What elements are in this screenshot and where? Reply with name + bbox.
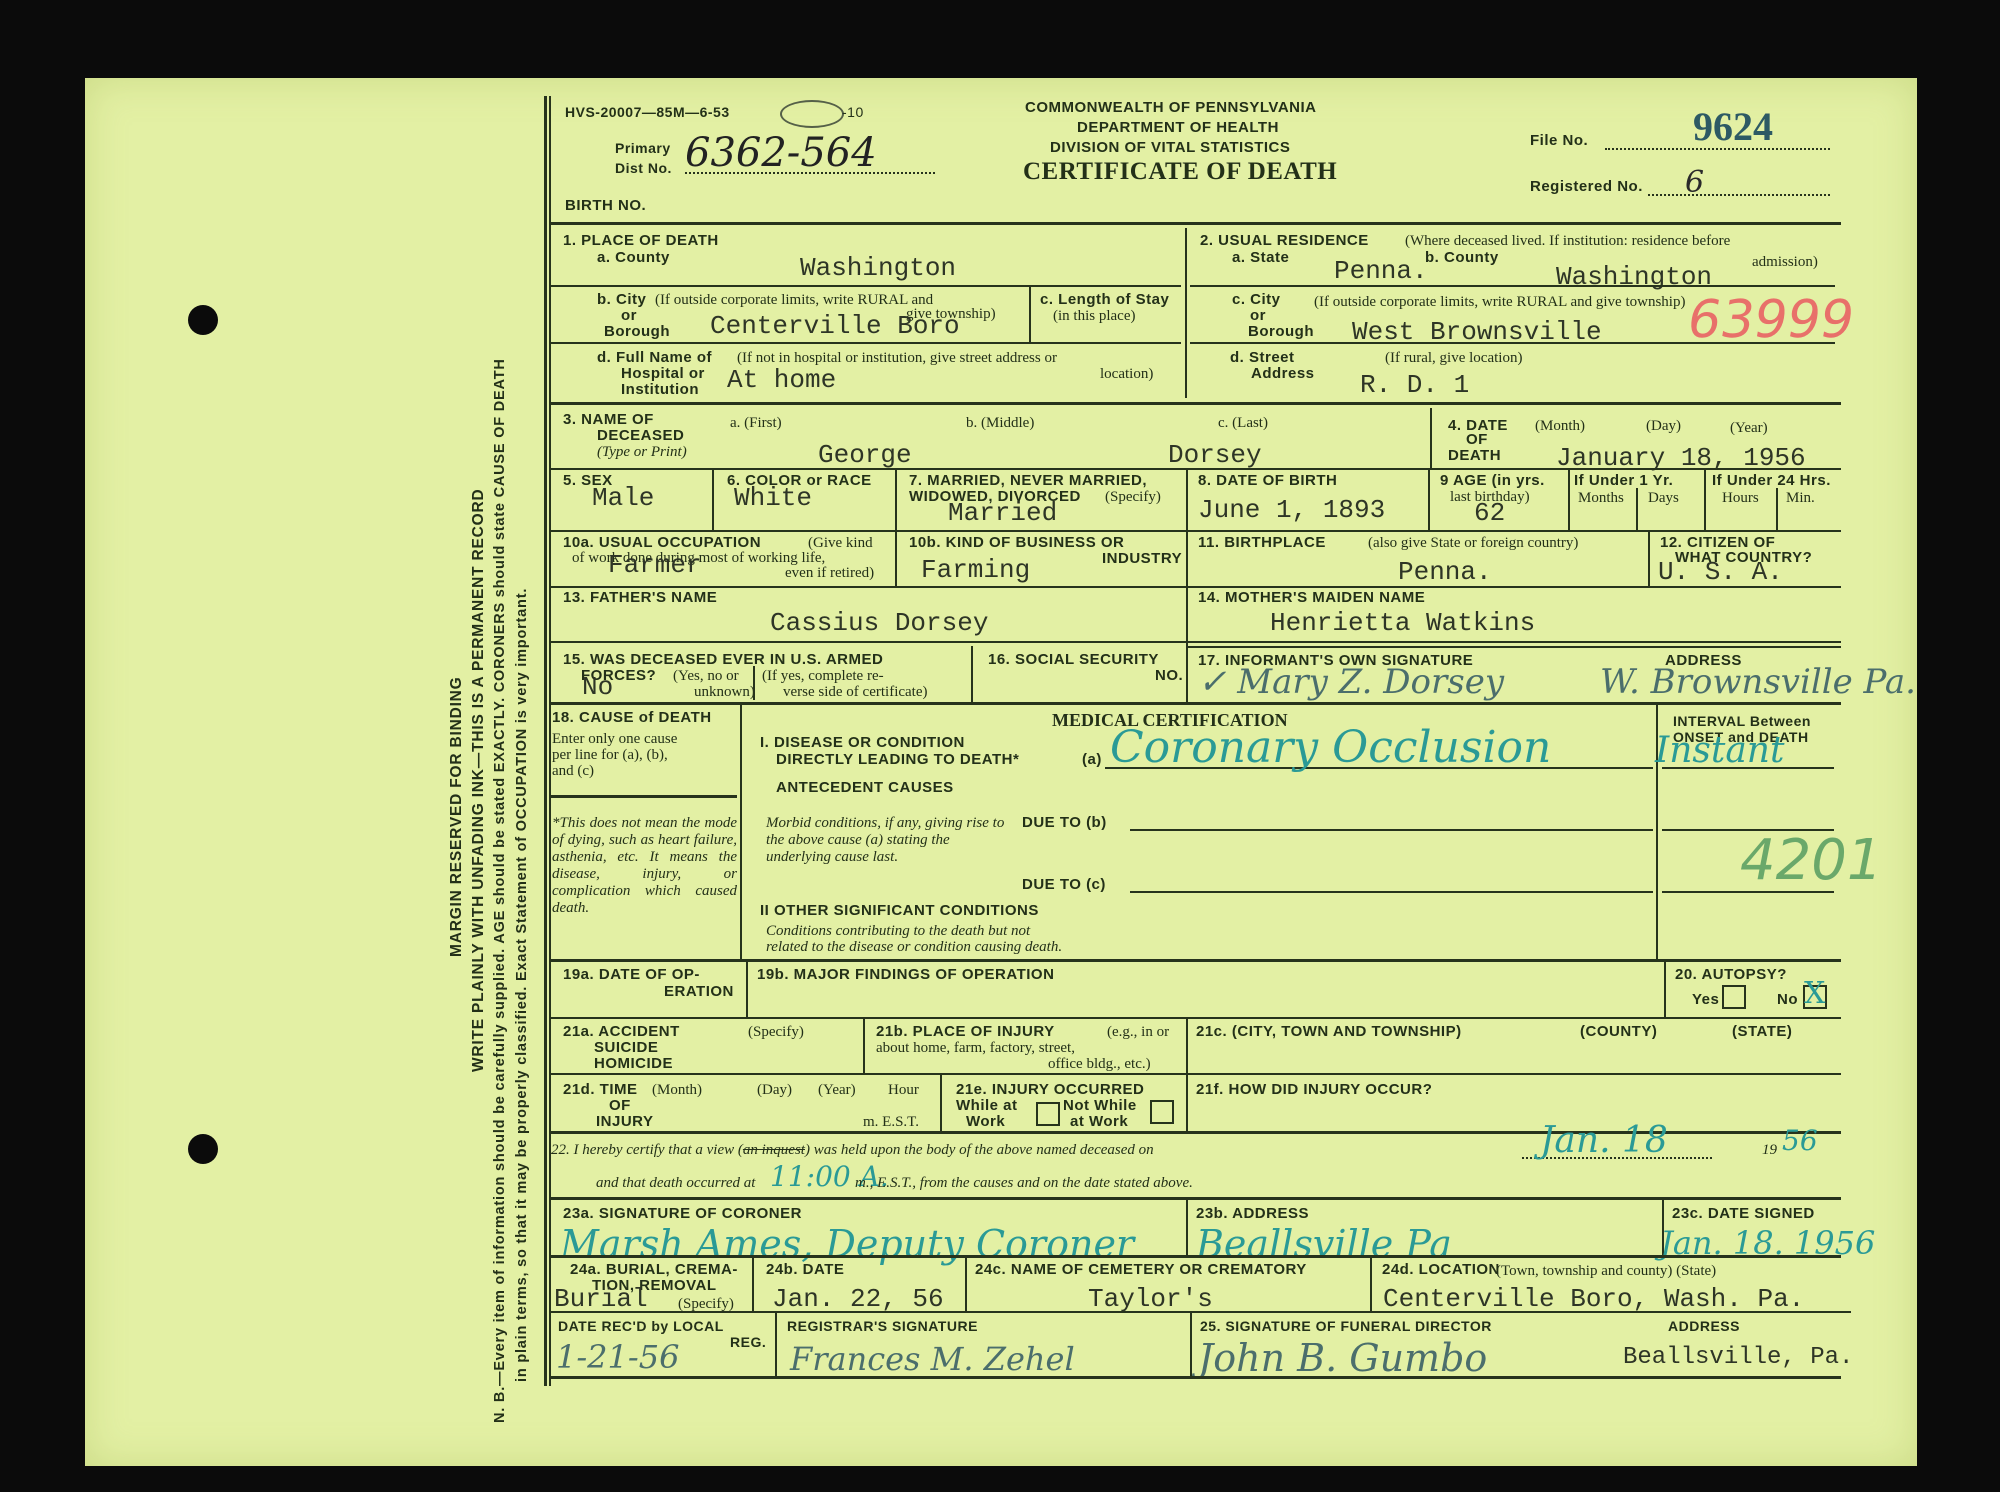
cause-c-line [1130, 891, 1653, 893]
date-recd-label-2: REG. [730, 1334, 766, 1350]
divider [1428, 468, 1430, 530]
death-time-text-a: and that death occurred at [596, 1175, 755, 1192]
cause-note-2: per line for (a), (b), [552, 747, 668, 763]
pod-hospital-note: (If not in hospital or institution, give… [737, 350, 1057, 366]
divider [1568, 468, 1570, 530]
divider [940, 1073, 942, 1131]
divider [1664, 959, 1666, 1017]
cause-of-death-label: 18. CAUSE of DEATH [552, 710, 712, 726]
section-divider [551, 402, 1841, 405]
autopsy-no-label: No [1777, 992, 1798, 1008]
pod-county-label: a. County [597, 250, 670, 266]
res-county-value[interactable]: Washington [1556, 262, 1712, 292]
certify-struck-text: an inquest [743, 1142, 805, 1158]
disease-label-2: DIRECTLY LEADING TO DEATH* [776, 752, 1019, 768]
mother-value[interactable]: Henrietta Watkins [1270, 608, 1535, 638]
ssn-label: 16. SOCIAL SECURITY [988, 652, 1159, 668]
autopsy-yes-label: Yes [1692, 992, 1719, 1008]
op-date-label-2: ERATION [664, 984, 734, 1000]
res-city-note: (If outside corporate limits, write RURA… [1314, 294, 1685, 310]
coroner-signature[interactable]: Marsh Ames, Deputy Coroner [560, 1222, 1134, 1266]
pod-hospital-note-2: location) [1100, 366, 1153, 382]
occupation-value[interactable]: Farmer [608, 550, 702, 580]
armed-value[interactable]: No [582, 672, 613, 702]
burial-date-label: 24b. DATE [766, 1262, 844, 1278]
father-label: 13. FATHER'S NAME [563, 590, 717, 606]
divider [863, 1017, 865, 1073]
ssn-label-2: NO. [1155, 668, 1183, 684]
coroner-address-value[interactable]: Beallsville Pa [1196, 1222, 1452, 1266]
burial-location-note: (Town, township and county) (State) [1496, 1263, 1716, 1279]
pod-hospital-label-3: Institution [621, 382, 699, 398]
pod-county-value[interactable]: Washington [800, 253, 956, 283]
death-time-text-b: m., E.S.T., from the causes and on the d… [855, 1175, 1193, 1192]
dod-label-3: DEATH [1448, 448, 1501, 464]
dod-year-label: (Year) [1730, 420, 1768, 436]
divider [740, 702, 742, 959]
min-label: Min. [1786, 490, 1815, 506]
injury-type-specify: (Specify) [748, 1024, 804, 1040]
business-label-2: INDUSTRY [1102, 551, 1182, 567]
dod-day-label: (Day) [1646, 418, 1681, 434]
divider [1186, 468, 1188, 588]
certificate-title: CERTIFICATE OF DEATH [1023, 158, 1337, 186]
middle-name-label: b. (Middle) [966, 415, 1034, 431]
divider [1370, 1255, 1372, 1311]
view-date-value[interactable]: Jan. 18 [1540, 1120, 1668, 1161]
other-conditions-note: Conditions contributing to the death but… [766, 923, 1030, 940]
place-of-injury-label: 21b. PLACE OF INJURY [876, 1024, 1055, 1040]
margin-plain-terms-text: in plain terms, so that it may be proper… [514, 588, 530, 1382]
divider [551, 1073, 1841, 1075]
place-of-injury-note-2: about home, farm, factory, street, [876, 1040, 1075, 1056]
name-label-1: 3. NAME OF [563, 412, 654, 428]
red-file-annotation: 63999 [1683, 290, 1859, 350]
divider [1186, 586, 1188, 646]
burial-location-value[interactable]: Centerville Boro, Wash. Pa. [1383, 1284, 1804, 1314]
disease-label: I. DISEASE OR CONDITION [760, 735, 965, 751]
coroner-signature-label: 23a. SIGNATURE OF CORONER [563, 1206, 802, 1222]
divider [775, 1311, 777, 1376]
age-value[interactable]: 62 [1474, 498, 1505, 528]
last-name-value[interactable]: Dorsey [1168, 440, 1262, 470]
registrar-signature[interactable]: Frances M. Zehel [790, 1340, 1075, 1378]
divider [1186, 1197, 1188, 1255]
homicide-label: HOMICIDE [594, 1056, 673, 1072]
pod-stay-note: (in this place) [1053, 308, 1135, 324]
op-date-label: 19a. DATE OF OP- [563, 967, 700, 983]
occupation-note-3: even if retired) [785, 565, 874, 581]
line-a-label: (a) [1082, 752, 1102, 768]
age-label-1: 9 AGE (in yrs. [1440, 473, 1545, 489]
res-street-value[interactable]: R. D. 1 [1360, 370, 1469, 400]
informant-address-value[interactable]: W. Brownsville Pa. [1600, 662, 1916, 702]
burial-location-label: 24d. LOCATION [1382, 1262, 1500, 1278]
date-recd-label: DATE REC'D by LOCAL [558, 1318, 724, 1334]
section-divider [551, 1197, 1841, 1200]
autopsy-no-mark: X [1804, 976, 1825, 1011]
under-24-hrs-label: If Under 24 Hrs. [1712, 473, 1831, 489]
divider [1186, 646, 1188, 702]
divider [551, 586, 1841, 588]
divider [1776, 488, 1778, 530]
injury-state-label: (STATE) [1732, 1024, 1792, 1040]
not-at-work-label: Not While [1063, 1098, 1137, 1114]
injury-hour-label: Hour [888, 1082, 919, 1098]
residence-note: (Where deceased lived. If institution: r… [1405, 233, 1730, 249]
time-of-injury-label-3: INJURY [596, 1114, 653, 1130]
op-findings-label: 19b. MAJOR FINDINGS OF OPERATION [757, 967, 1054, 983]
how-injury-label: 21f. HOW DID INJURY OCCUR? [1196, 1082, 1432, 1098]
divider [551, 641, 1841, 643]
res-city-label-borough: Borough [1248, 324, 1314, 340]
union-label-suffix: -10 [842, 104, 864, 120]
dob-value[interactable]: June 1, 1893 [1198, 495, 1385, 525]
divider [1029, 285, 1031, 342]
autopsy-label: 20. AUTOPSY? [1675, 967, 1787, 983]
funeral-director-signature[interactable]: John B. Gumbo [1198, 1336, 1487, 1380]
injury-month-label: (Month) [652, 1082, 702, 1098]
header-commonwealth: COMMONWEALTH OF PENNSYLVANIA [1025, 100, 1317, 116]
dod-label-2: OF [1466, 432, 1488, 448]
pod-stay-label: c. Length of Stay [1040, 292, 1169, 308]
divider [1190, 342, 1835, 344]
while-at-work-checkbox[interactable] [1036, 1102, 1060, 1126]
divider [965, 1255, 967, 1311]
funeral-director-address-label: ADDRESS [1668, 1318, 1740, 1334]
time-of-injury-label: 21d. TIME [563, 1082, 638, 1098]
accident-label: 21a. ACCIDENT [563, 1024, 680, 1040]
divider [712, 468, 714, 530]
burial-method-label: 24a. BURIAL, CREMA- [570, 1262, 738, 1278]
form-code: HVS-20007—85M—6-53 [565, 104, 730, 120]
autopsy-yes-checkbox[interactable] [1722, 985, 1746, 1009]
injury-county-label: (COUNTY) [1580, 1024, 1657, 1040]
cemetery-label: 24c. NAME OF CEMETERY OR CREMATORY [975, 1262, 1307, 1278]
business-label-1: 10b. KIND OF BUSINESS OR [909, 535, 1124, 551]
injury-city-label: 21c. (CITY, TOWN AND TOWNSHIP) [1196, 1024, 1462, 1040]
res-state-value[interactable]: Penna. [1334, 256, 1428, 286]
hours-label: Hours [1722, 490, 1759, 506]
place-of-injury-note-3: office bldg., etc.) [1048, 1056, 1151, 1072]
armed-note-4: verse side of certificate) [783, 684, 928, 700]
form-bottom-border [551, 1376, 1841, 1379]
res-street-note: (If rural, give location) [1385, 350, 1522, 366]
divider [551, 468, 1841, 470]
sex-value[interactable]: Male [592, 483, 654, 513]
registered-no-underline [1648, 194, 1830, 196]
birthplace-value[interactable]: Penna. [1398, 557, 1492, 587]
date-signed-label: 23c. DATE SIGNED [1672, 1206, 1815, 1222]
burial-date-value[interactable]: Jan. 22, 56 [772, 1284, 944, 1314]
armed-forces-label: 15. WAS DECEASED EVER IN U.S. ARMED [563, 652, 883, 668]
res-state-label: a. State [1232, 250, 1289, 266]
header-department: DEPARTMENT OF HEALTH [1077, 120, 1279, 136]
cause-footnote: *This does not mean the mode of dying, s… [552, 815, 737, 917]
injury-est-label: m. E.S.T. [863, 1114, 919, 1130]
cemetery-value[interactable]: Taylor's [1088, 1284, 1213, 1314]
informant-signature[interactable]: ✓ Mary Z. Dorsey [1198, 662, 1504, 702]
mother-label: 14. MOTHER'S MAIDEN NAME [1198, 590, 1425, 606]
primary-dist-label-2: Dist No. [615, 160, 672, 176]
divider [1190, 285, 1835, 287]
months-label: Months [1578, 490, 1624, 506]
pod-city-label-borough: Borough [604, 324, 670, 340]
divider [1186, 1073, 1188, 1131]
while-at-work-label: While at [956, 1098, 1018, 1114]
divider [551, 1311, 1851, 1313]
certify-text-b: ) was held upon the body of the above na… [805, 1142, 1154, 1158]
pod-hospital-label: d. Full Name of [597, 350, 712, 366]
injury-day-label: (Day) [757, 1082, 792, 1098]
funeral-director-label: 25. SIGNATURE OF FUNERAL DIRECTOR [1200, 1318, 1492, 1334]
divider [1190, 1311, 1192, 1376]
marital-specify: (Specify) [1105, 489, 1161, 505]
divider [551, 342, 1181, 344]
time-of-injury-label-2: OF [609, 1098, 631, 1114]
res-street-label-2: Address [1251, 366, 1315, 382]
margin-binding-text: MARGIN RESERVED FOR BINDING [448, 676, 466, 957]
union-label-icon [780, 100, 844, 128]
binder-hole-bottom [188, 1134, 218, 1164]
section-divider [551, 702, 1841, 705]
view-year-value[interactable]: 56 [1782, 1124, 1818, 1157]
cause-note-3: and (c) [552, 763, 594, 779]
name-label-3: (Type or Print) [597, 444, 687, 461]
header-division: DIVISION OF VITAL STATISTICS [1050, 140, 1290, 156]
form-left-border-inner [549, 96, 551, 1386]
registered-no-label: Registered No. [1530, 179, 1643, 195]
divider [551, 1017, 1841, 1019]
antecedent-note: Morbid conditions, if any, giving rise t… [766, 815, 1016, 866]
pod-hospital-value[interactable]: At home [727, 365, 836, 395]
place-of-injury-note: (e.g., in or [1107, 1024, 1169, 1040]
binder-hole-top [188, 305, 218, 335]
primary-dist-label-1: Primary [615, 140, 671, 156]
divider [551, 795, 737, 798]
armed-note: (Yes, no or [673, 668, 739, 684]
cause-a-value[interactable]: Coronary Occlusion [1110, 722, 1551, 773]
registered-no-value[interactable]: 6 [1685, 165, 1704, 200]
pod-city-value[interactable]: Centerville Boro [710, 311, 960, 341]
divider [752, 1255, 754, 1311]
header-divider [551, 222, 1841, 225]
margin-nb-text: N. B.—Every item of information should b… [492, 358, 508, 1423]
funeral-director-address-value[interactable]: Beallsville, Pa. [1623, 1344, 1853, 1371]
not-at-work-label-2: at Work [1070, 1114, 1128, 1130]
divider [746, 959, 748, 1017]
injury-occurred-label: 21e. INJURY OCCURRED [956, 1082, 1144, 1098]
race-value[interactable]: White [734, 483, 812, 513]
marital-label-1: 7. MARRIED, NEVER MARRIED, [909, 473, 1147, 489]
divider [1648, 530, 1650, 586]
certify-text-a: 22. I hereby certify that a view ( [551, 1142, 743, 1158]
birthplace-label: 11. BIRTHPLACE [1198, 535, 1326, 551]
under-1-yr-label: If Under 1 Yr. [1574, 473, 1673, 489]
not-at-work-checkbox[interactable] [1150, 1100, 1174, 1124]
res-city-label-or: or [1250, 308, 1266, 324]
section-divider [551, 1255, 1841, 1258]
birth-no-label: BIRTH NO. [565, 198, 646, 214]
burial-method-value[interactable]: Burial [554, 1284, 648, 1314]
cause-b-line [1130, 829, 1653, 831]
margin-write-plainly-text: WRITE PLAINLY WITH UNFADING INK—THIS IS … [470, 489, 488, 1072]
while-at-work-label-2: Work [966, 1114, 1005, 1130]
citizen-value[interactable]: U. S. A. [1658, 557, 1783, 587]
divider [1186, 1017, 1188, 1073]
column-divider-double [1185, 228, 1191, 398]
armed-note-3: (If yes, complete re- [762, 668, 884, 684]
last-name-label: c. (Last) [1218, 415, 1268, 431]
divider [1186, 530, 1841, 532]
occupation-label: 10a. USUAL OCCUPATION [563, 535, 761, 551]
residence-label: 2. USUAL RESIDENCE [1200, 233, 1369, 249]
file-no-stamp[interactable]: 9624 [1693, 103, 1773, 150]
form-left-border [544, 96, 547, 1386]
suicide-label: SUICIDE [594, 1040, 658, 1056]
marital-value[interactable]: Married [948, 498, 1057, 528]
father-value[interactable]: Cassius Dorsey [770, 608, 988, 638]
divider [1186, 646, 1841, 648]
pod-city-label-or: or [621, 308, 637, 324]
certify-statement: 22. I hereby certify that a view (an inq… [551, 1142, 1154, 1159]
birthplace-note: (also give State or foreign country) [1368, 535, 1578, 551]
days-label: Days [1648, 490, 1679, 506]
res-city-label: c. City [1232, 292, 1281, 308]
view-year-prefix: 19 [1762, 1142, 1777, 1159]
armed-note-2: unknown) [694, 684, 755, 700]
occupation-note: (Give kind [808, 535, 873, 551]
section-divider [551, 959, 1841, 962]
due-to-c-label: DUE TO (c) [1022, 877, 1106, 893]
interval-a-value[interactable]: Instant [1655, 730, 1784, 771]
first-name-label: a. (First) [730, 415, 782, 431]
place-of-death-label: 1. PLACE OF DEATH [563, 233, 719, 249]
divider [971, 646, 973, 702]
interval-label: INTERVAL Between [1673, 713, 1811, 729]
antecedent-label: ANTECEDENT CAUSES [776, 780, 954, 796]
burial-method-specify: (Specify) [678, 1296, 734, 1312]
divider [551, 285, 1181, 287]
name-label-2: DECEASED [597, 428, 684, 444]
cause-note-1: Enter only one cause [552, 731, 677, 747]
dob-label: 8. DATE OF BIRTH [1198, 473, 1337, 489]
pod-city-label: b. City [597, 292, 646, 308]
dod-month-label: (Month) [1535, 418, 1585, 434]
registrar-label: REGISTRAR'S SIGNATURE [787, 1318, 978, 1334]
primary-dist-value[interactable]: 6362-564 [685, 130, 877, 176]
file-no-label: File No. [1530, 133, 1588, 149]
date-recd-value[interactable]: 1-21-56 [556, 1338, 679, 1376]
pod-hospital-label-2: Hospital or [621, 366, 705, 382]
other-conditions-label: II OTHER SIGNIFICANT CONDITIONS [760, 903, 1039, 919]
divider [753, 666, 755, 700]
divider [551, 530, 1188, 532]
pod-city-note: (If outside corporate limits, write RURA… [655, 292, 933, 308]
due-to-b-label: DUE TO (b) [1022, 815, 1107, 831]
business-value[interactable]: Farming [921, 555, 1030, 585]
divider [1704, 468, 1706, 530]
res-county-label: b. County [1425, 250, 1499, 266]
injury-year-label: (Year) [818, 1082, 856, 1098]
green-code-annotation: 4201 [1740, 828, 1883, 893]
divider [1636, 488, 1638, 530]
first-name-value[interactable]: George [818, 440, 912, 470]
res-street-label: d. Street [1230, 350, 1295, 366]
residence-note-2: admission) [1752, 254, 1818, 270]
coroner-address-label: 23b. ADDRESS [1196, 1206, 1309, 1222]
other-conditions-note-2: related to the disease or condition caus… [766, 939, 1062, 956]
divider [895, 468, 897, 586]
divider [1430, 408, 1432, 468]
